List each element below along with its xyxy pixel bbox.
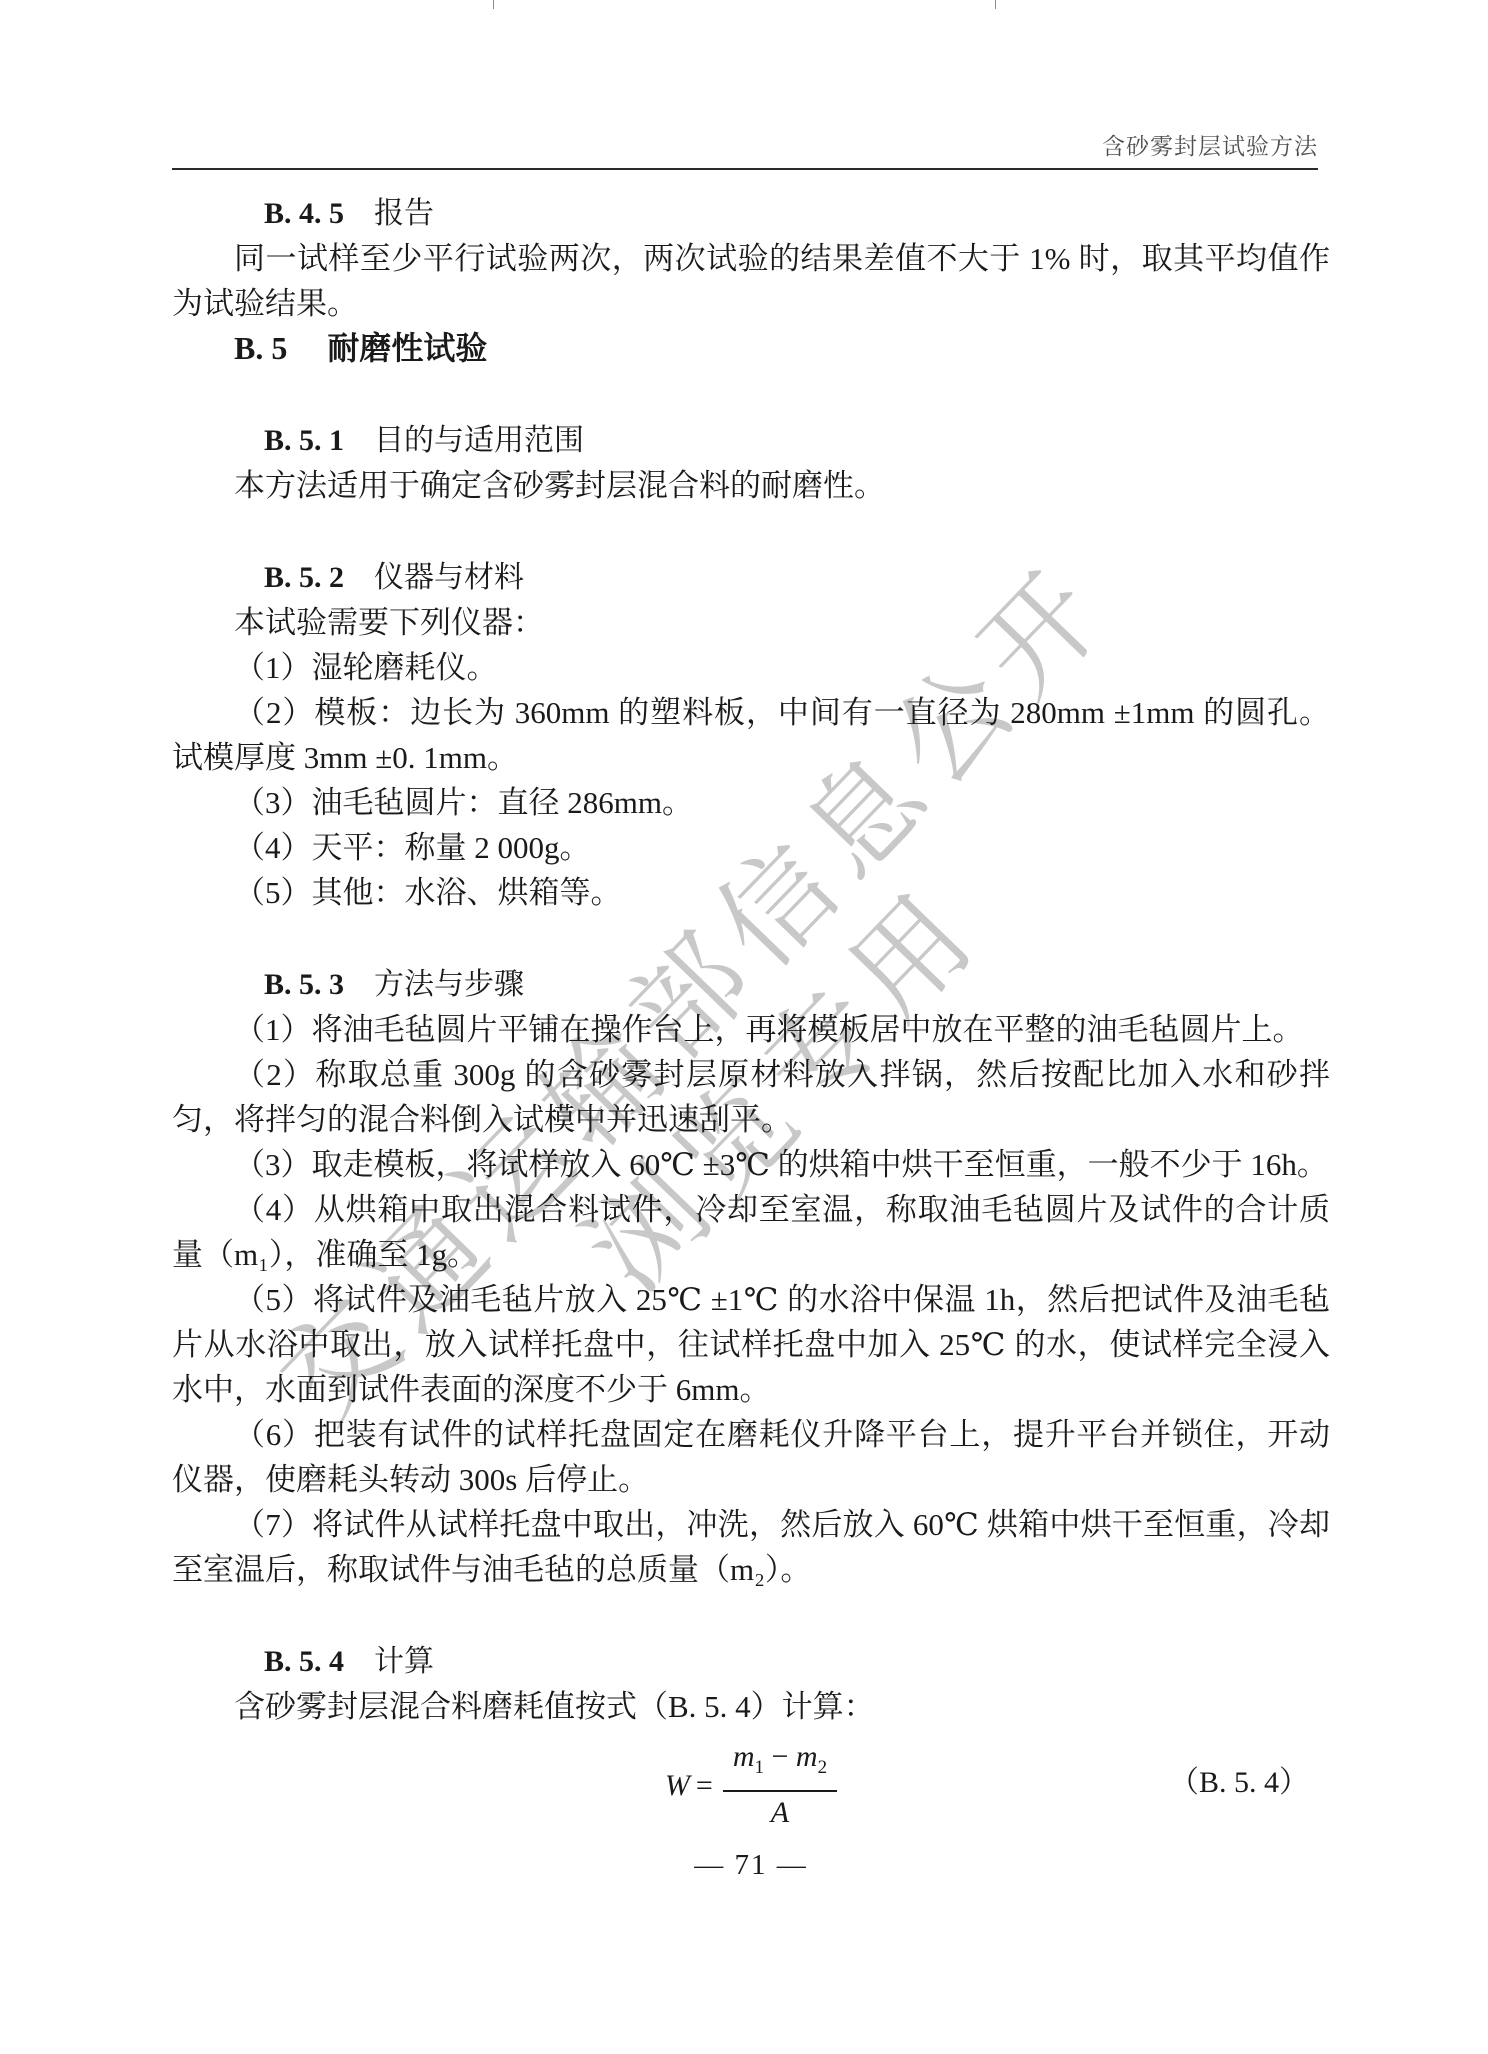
list-item: （1）将油毛毡圆片平铺在操作台上，再将模板居中放在平整的油毛毡圆片上。: [172, 1007, 1330, 1052]
formula-numerator: m1 − m2: [723, 1737, 837, 1792]
formula-variable-w: W: [665, 1769, 690, 1802]
section-heading-b53: B. 5. 3方法与步骤: [172, 961, 1330, 1007]
page-number: — 71 —: [172, 1843, 1330, 1888]
formula-subscript-1: 1: [755, 1757, 765, 1778]
header-rule: [172, 168, 1318, 170]
section-number: B. 5. 4: [264, 1645, 344, 1678]
section-heading-b45: B. 4. 5报告: [172, 190, 1330, 236]
section-number: B. 4. 5: [264, 197, 344, 230]
list-item: （7）将试件从试样托盘中取出，冲洗，然后放入 60℃ 烘箱中烘干至恒重，冷却至室…: [172, 1502, 1330, 1592]
list-item: （3）油毛毡圆片：直径 286mm。: [172, 780, 1330, 825]
formula-fraction: m1 − m2 A: [723, 1737, 837, 1834]
crop-mark-right: [995, 0, 996, 9]
list-item: （5）其他：水浴、烘箱等。: [172, 870, 1330, 915]
section-heading-b51: B. 5. 1目的与适用范围: [172, 417, 1330, 463]
list-item: （6）把装有试件的试样托盘固定在磨耗仪升降平台上，提升平台并锁住，开动仪器，使磨…: [172, 1412, 1330, 1502]
chapter-heading-b5: B. 5耐磨性试验: [172, 326, 1330, 371]
paragraph-b51: 本方法适用于确定含砂雾封层混合料的耐磨性。: [172, 463, 1330, 508]
formula-b54: W= m1 − m2 A （B. 5. 4）: [172, 1731, 1330, 1827]
section-title: 计算: [374, 1645, 434, 1678]
chapter-title: 耐磨性试验: [327, 330, 487, 366]
formula-variable-a: A: [771, 1796, 789, 1829]
paragraph-b45: 同一试样至少平行试验两次，两次试验的结果差值不大于 1% 时，取其平均值作为试验…: [172, 236, 1330, 326]
section-heading-b52: B. 5. 2仪器与材料: [172, 554, 1330, 600]
section-title: 报告: [374, 197, 434, 230]
paragraph-b54: 含砂雾封层混合料磨耗值按式（B. 5. 4）计算：: [172, 1684, 1330, 1729]
chapter-number: B. 5: [234, 330, 287, 366]
formula-equals: =: [696, 1769, 713, 1803]
list-item: （4）从烘箱中取出混合料试件，冷却至室温，称取油毛毡圆片及试件的合计质量（m₁）…: [172, 1187, 1330, 1277]
section-heading-b54: B. 5. 4计算: [172, 1638, 1330, 1684]
list-item: （1）湿轮磨耗仪。: [172, 645, 1330, 690]
list-item: （2）模板：边长为 360mm 的塑料板，中间有一直径为 280mm ±1mm …: [172, 690, 1330, 780]
list-item: （4）天平：称量 2 000g。: [172, 825, 1330, 870]
section-number: B. 5. 3: [264, 968, 344, 1001]
formula-expression: W= m1 − m2 A: [665, 1737, 837, 1834]
list-item: （2）称取总重 300g 的含砂雾封层原材料放入拌锅，然后按配比加入水和砂拌匀，…: [172, 1052, 1330, 1142]
section-title: 目的与适用范围: [374, 424, 584, 457]
formula-variable-m1: m: [733, 1740, 755, 1773]
formula-minus: −: [772, 1740, 789, 1773]
section-number: B. 5. 1: [264, 424, 344, 457]
formula-denominator: A: [723, 1792, 837, 1834]
section-title: 仪器与材料: [374, 561, 524, 594]
list-item: （5）将试件及油毛毡片放入 25℃ ±1℃ 的水浴中保温 1h，然后把试件及油毛…: [172, 1277, 1330, 1412]
formula-label: （B. 5. 4）: [1169, 1757, 1309, 1801]
document-body: B. 4. 5报告 同一试样至少平行试验两次，两次试验的结果差值不大于 1% 时…: [172, 171, 1330, 1888]
formula-subscript-2: 2: [818, 1757, 828, 1778]
paragraph-b52-intro: 本试验需要下列仪器：: [172, 600, 1330, 645]
section-number: B. 5. 2: [264, 561, 344, 594]
formula-variable-m2: m: [796, 1740, 818, 1773]
list-item: （3）取走模板，将试样放入 60℃ ±3℃ 的烘箱中烘干至恒重，一般不少于 16…: [172, 1142, 1330, 1187]
section-title: 方法与步骤: [374, 968, 524, 1001]
running-header-title: 含砂雾封层试验方法: [1102, 128, 1318, 161]
crop-mark-left: [493, 0, 494, 9]
